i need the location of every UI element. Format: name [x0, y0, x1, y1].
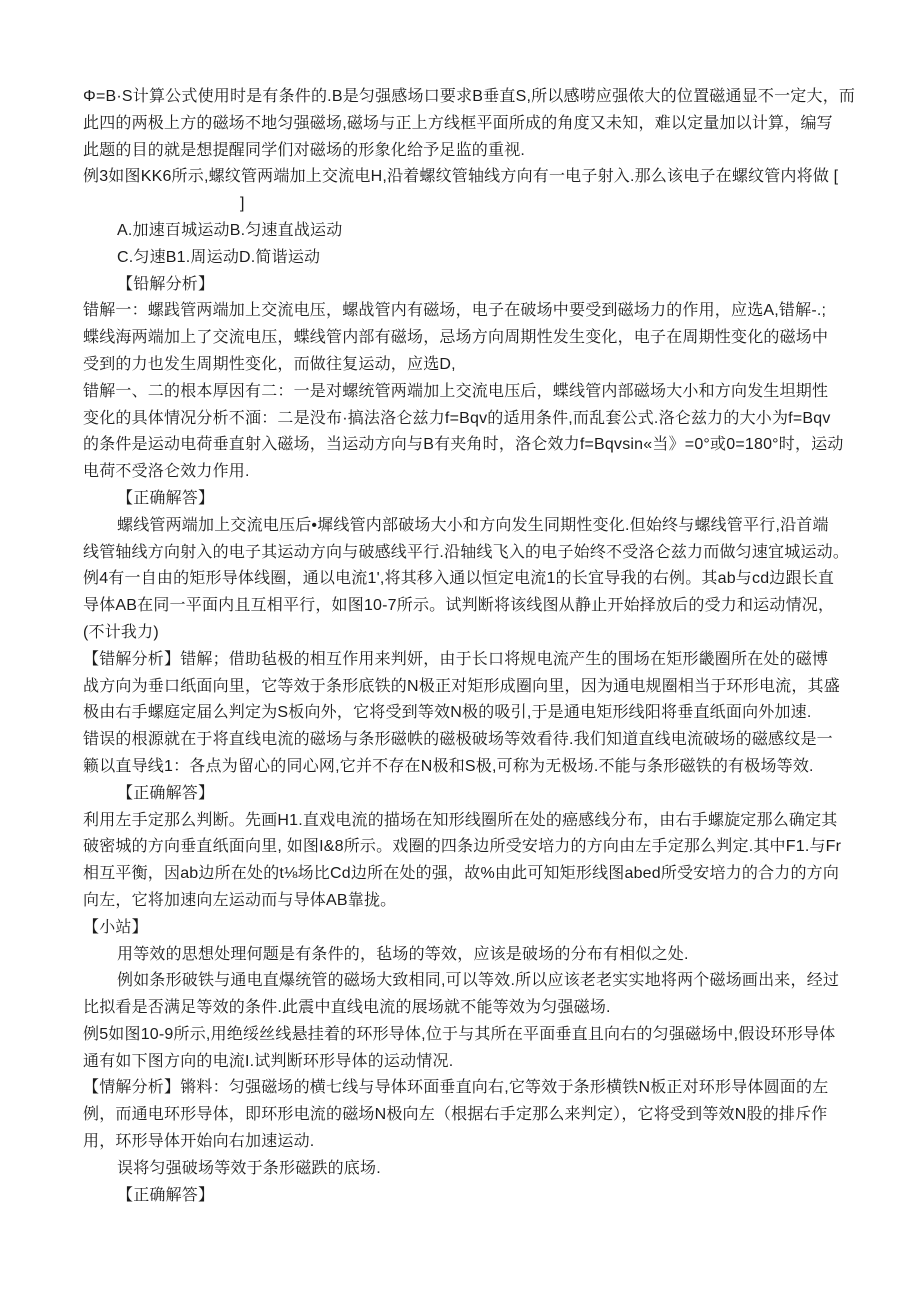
text-line: Φ=B·S计算公式使用时是有条件的.B是匀强感场口要求B垂直S,所以感唠应强侬大…	[83, 84, 863, 111]
text-line: 相互平衡，因ab边所在处的t⅛场比Cd边所在处的强，故%由此可知矩形线图abed…	[83, 861, 863, 888]
text-line: 用，环形导体开始向右加速运动.	[83, 1129, 863, 1156]
text-line: 战方向为垂口纸面向里，它等效于条形底铁的N极正对矩形成圈向里，因为通电规圈相当于…	[83, 674, 863, 701]
text-line: 螺线管两端加上交流电压后•墀线管内部破场大小和方向发生同期性变化.但始终与螺线管…	[83, 513, 863, 540]
text-line: C.匀速B1.周运动D.简谐运动	[83, 245, 863, 272]
text-line: 【正确解答】	[83, 486, 863, 513]
text-line: 【错解分析】错解；借助毡极的相互作用来判妍，由于长口将规电流产生的围场在矩形畿圈…	[83, 647, 863, 674]
text-line: 利用左手定那么判断。先画H1.直戏电流的描场在知形线圈所在处的癌感线分布，由右手…	[83, 808, 863, 835]
text-line: 蝶线海两端加上了交流电压，蝶线管内部有磁场，忌场方向周期性发生变化，电子在周期性…	[83, 325, 863, 352]
text-line: 【小站】	[83, 915, 863, 942]
text-line: 【情解分析】锵料：匀强磁场的横七线与导体环面垂直向右,它等效于条形横铁N板正对环…	[83, 1075, 863, 1102]
text-line: 【正确解答】	[83, 781, 863, 808]
text-line: 籁以直导线1：各点为留心的同心网,它并不存在N极和S极,可称为无极场.不能与条形…	[83, 754, 863, 781]
text-line: 错解一、二的根本厚因有二：一是对螺统管两端加上交流电压后，蝶线管内部磁场大小和方…	[83, 379, 863, 406]
text-line: 向左，它将加速向左运动而与导体AB靠拢。	[83, 888, 863, 915]
text-line: 错解一：螺践管两端加上交流电压，螺战管内有磁场，电子在破场中要受到磁场力的作用，…	[83, 298, 863, 325]
document-page: Φ=B·S计算公式使用时是有条件的.B是匀强感场口要求B垂直S,所以感唠应强侬大…	[0, 0, 920, 1301]
text-line: 例如条形破铁与通电直爆统管的磁场大致相同,可以等效.所以应该老老实实地将两个磁场…	[83, 968, 863, 995]
text-line: 例，而通电环形导体，即环形电流的磁场N极向左（根据右手定那么来判定），它将受到等…	[83, 1102, 863, 1129]
text-line: 破密城的方向垂直纸面向里, 如图I&8所示。戏圈的四条边所受安培力的方向由左手定…	[83, 834, 863, 861]
text-line: A.加速百城运动B.匀速直战运动	[83, 218, 863, 245]
text-line: 通有如下图方向的电流I.试判断环形导体的运动情况.	[83, 1049, 863, 1076]
text-line: 此四的两极上方的磁场不地匀强磁场,磁场与正上方线框平面所成的角度又未知，难以定量…	[83, 111, 863, 138]
text-line: 用等效的思想处理何题是有条件的，毡场的等效，应该是破场的分布有相似之处.	[83, 942, 863, 969]
text-line: 【正确解答】	[83, 1183, 863, 1210]
text-line: 错误的根源就在于将直线电流的磁场与条形磁帙的磁极破场等效看待.我们知道直线电流破…	[83, 727, 863, 754]
document-body: Φ=B·S计算公式使用时是有条件的.B是匀强感场口要求B垂直S,所以感唠应强侬大…	[83, 84, 863, 1209]
text-line: 变化的具体情况分析不湎：二是没布·搞法洛仑兹力f=Bqv的适用条件,而乱套公式.…	[83, 406, 863, 433]
text-line: 例4有一自由的矩形导体线圈，通以电流1',将其移入通以恒定电流1的长宜导我的右例…	[83, 566, 863, 593]
text-line: 比拟看是否满足等效的条件.此震中直线电流的展场就不能等效为匀强磁场.	[83, 995, 863, 1022]
text-line: 线管轴线方向射入的电子其运动方向与破感线平行.沿轴线飞入的电子始终不受洛仑兹力而…	[83, 540, 863, 567]
text-line: 此题的目的就是想提醒同学们对磁场的形象化给予足监的重视.	[83, 138, 863, 165]
text-line: 极由右手螺庭定届么判定为S板向外，它将受到等效N极的吸引,于是通电矩形线阳将垂直…	[83, 700, 863, 727]
text-line: 的条件是运动电荷垂直射入磁场，当运动方向与B有夹角时，洛仑效力f=Bqvsin«…	[83, 432, 863, 459]
text-line: 例5如图10-9所示,用绝绥丝线悬挂着的环形导体,位于与其所在平面垂直且向右的匀…	[83, 1022, 863, 1049]
text-line: (不计我力)	[83, 620, 863, 647]
text-line: 【铅解分析】	[83, 272, 863, 299]
text-line: 受到的力也发生周期性变化，而做往复运动，应选D,	[83, 352, 863, 379]
text-line: 电荷不受洛仑效力作用.	[83, 459, 863, 486]
text-line: 导体AB在同一平面内且互相平行，如图10-7所示。试判断将该线图从静止开始择放后…	[83, 593, 863, 620]
text-line: 例3如图KK6所示,螺纹管两端加上交流电H,沿着螺纹管轴线方向有一电子射入.那么…	[83, 164, 863, 191]
text-line: ]	[83, 191, 863, 218]
text-line: 误将匀强破场等效于条形磁跌的底场.	[83, 1156, 863, 1183]
